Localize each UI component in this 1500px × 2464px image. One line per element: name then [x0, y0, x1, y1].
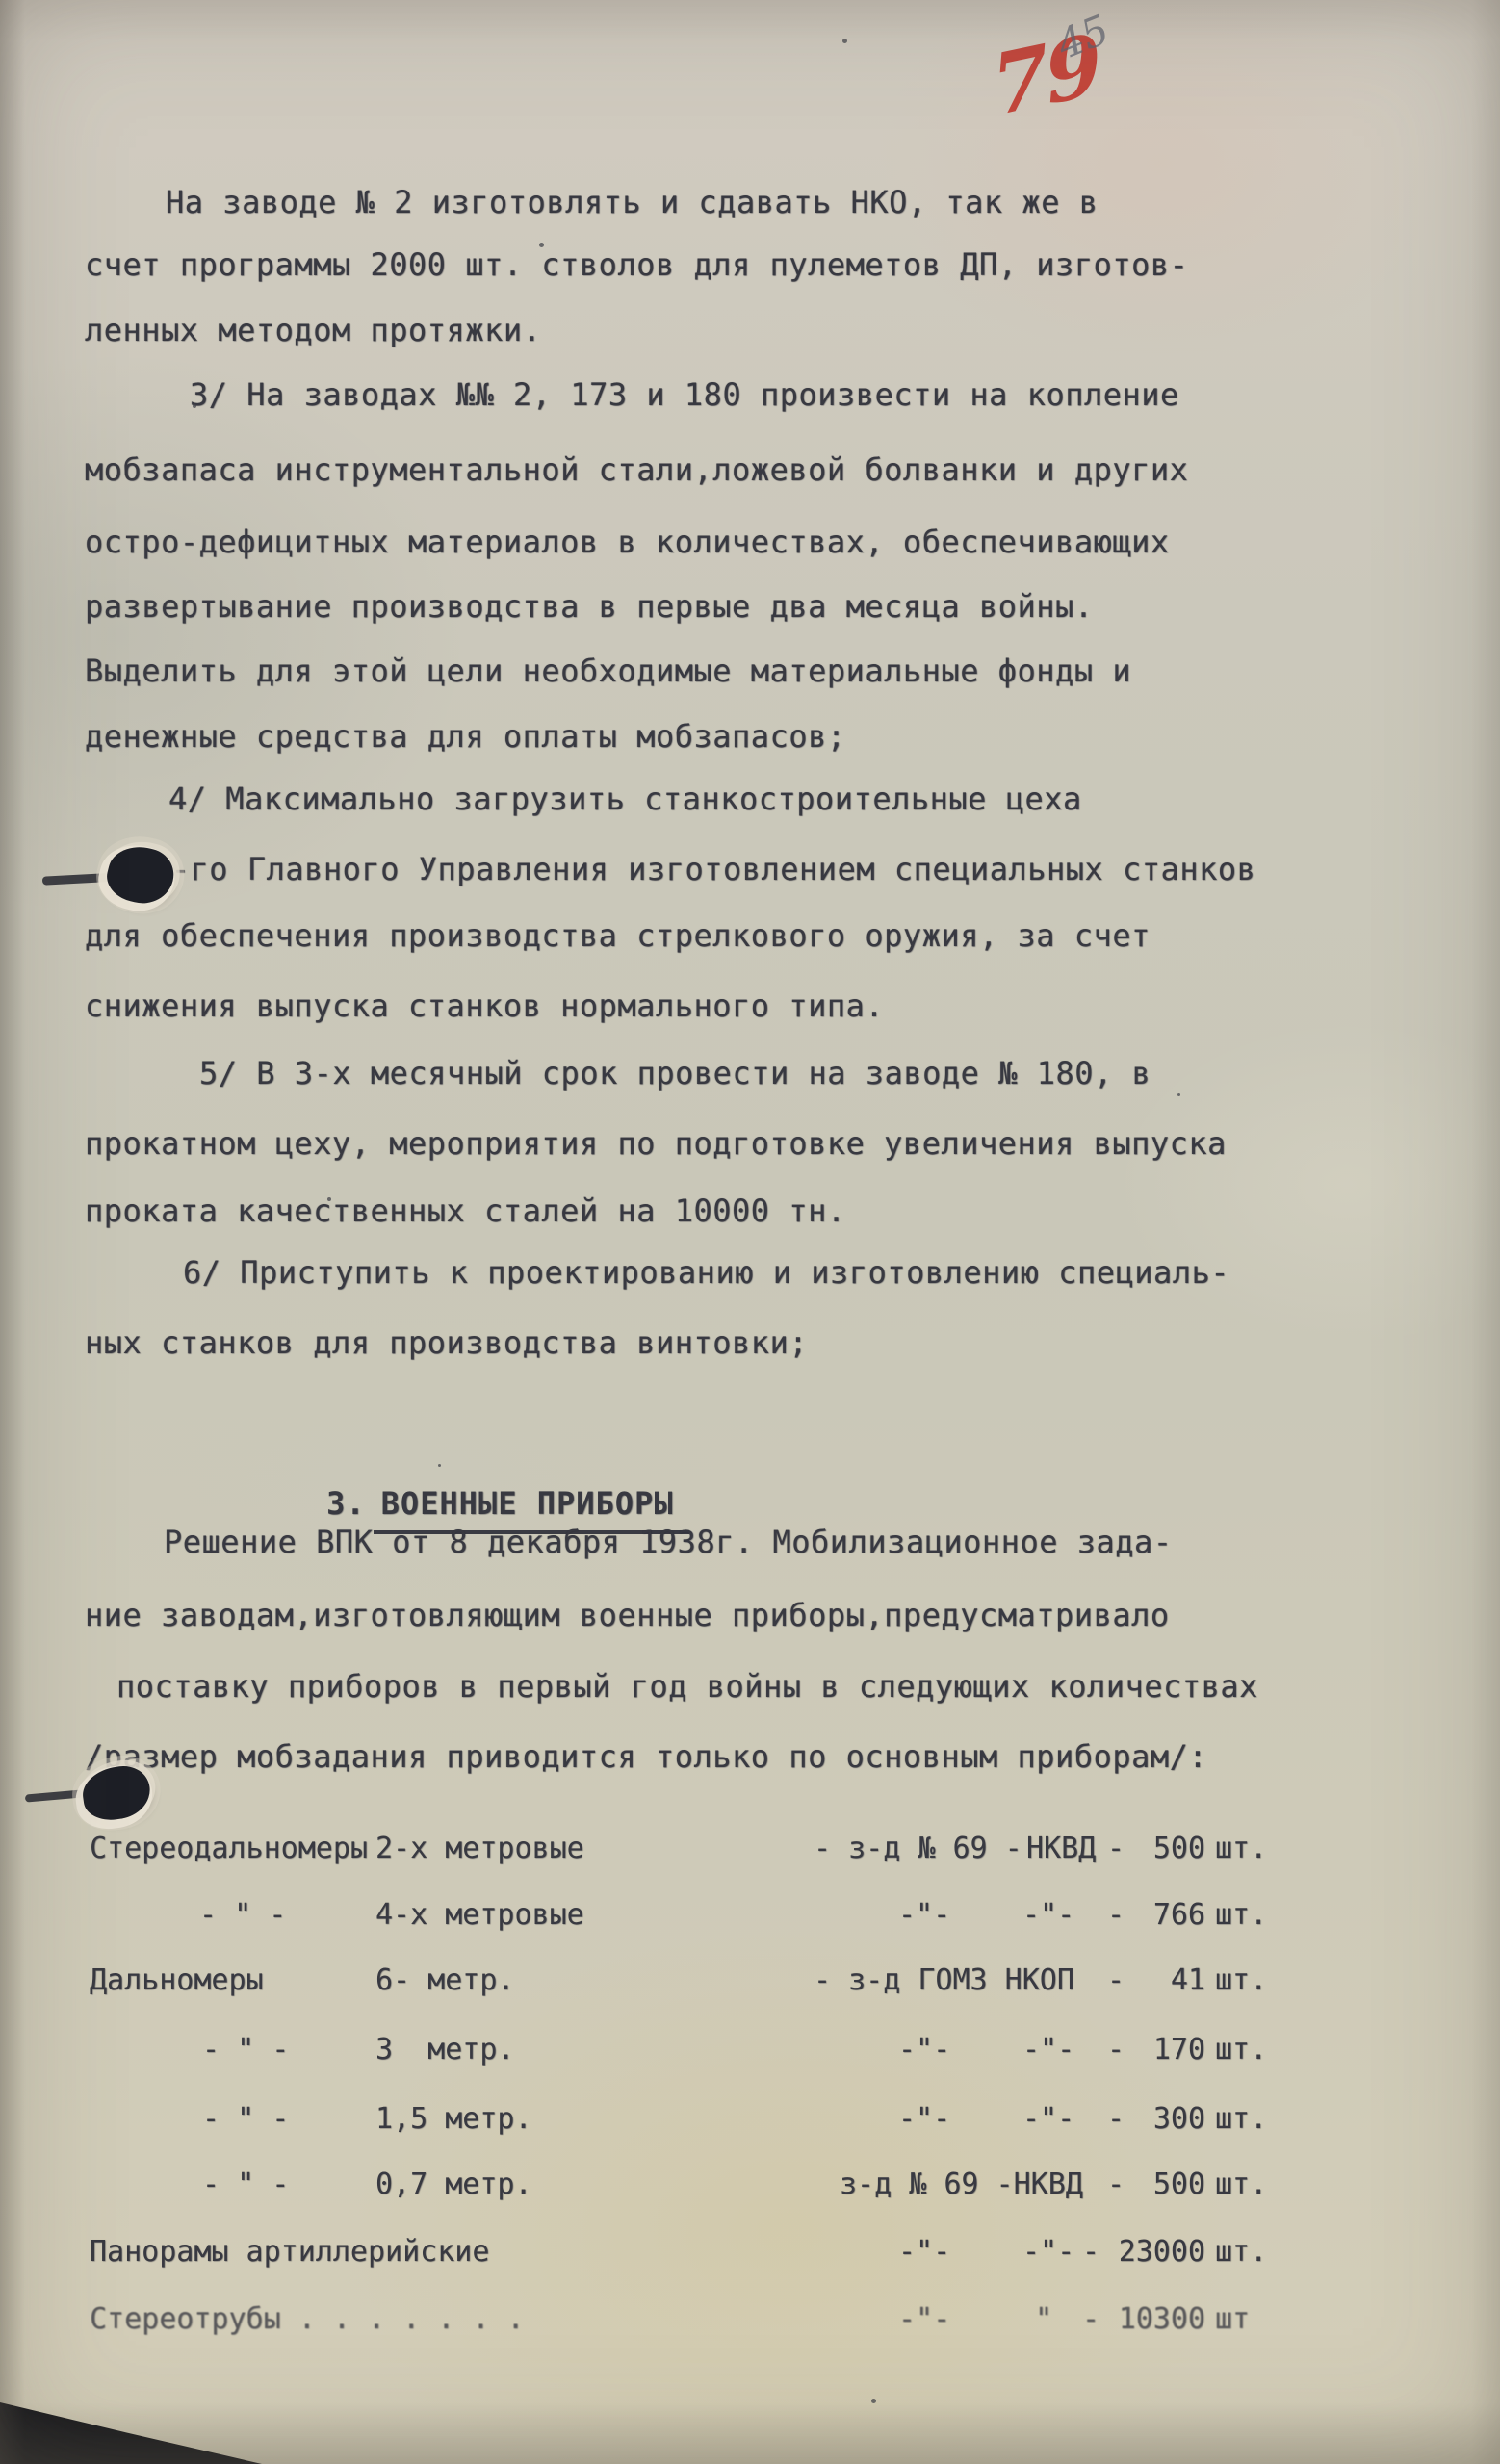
paper-speck: [438, 1464, 441, 1467]
table-cell-size: 1,5 метр.: [375, 2102, 532, 2136]
table-row: - " - 1,5 метр. -"- -"- - 300 шт.: [0, 2102, 1500, 2144]
table-cell-item: Стереодальномеры: [90, 1832, 368, 1865]
table-row: Дальномеры 6- метр. - з-д ГОМЗ НКОП - 41…: [0, 1963, 1500, 2006]
table-cell-quantity: 300: [1067, 2102, 1205, 2136]
typed-line: 5/ В 3-х месячный срок провести на завод…: [199, 1054, 1151, 1092]
typed-line: прокатном цеху, мероприятия по подготовк…: [85, 1124, 1227, 1163]
table-cell-item: Стереотрубы . . . . . . .: [90, 2302, 525, 2336]
typed-line: проката качественных сталей на 10000 тн.: [85, 1192, 846, 1230]
table-cell-item: Панорамы артиллерийские: [90, 2235, 489, 2269]
typed-line: снижения выпуска станков нормального тип…: [85, 987, 884, 1025]
typed-line: /размер мобзадания приводится только по …: [85, 1737, 1207, 1776]
table-cell-factory: -"-: [898, 2033, 950, 2066]
typed-line: 3/ На заводах №№ 2, 173 и 180 произвести…: [190, 375, 1179, 414]
typed-line: На заводе № 2 изготовлять и сдавать НКО,…: [166, 183, 1099, 221]
paper-speck: [842, 38, 847, 43]
table-cell-unit: шт.: [1215, 1963, 1267, 1997]
typed-line: ных станков для производства винтовки;: [85, 1323, 808, 1362]
table-row: - " - 0,7 метр. з-д № 69 -НКВД - 500 шт.: [0, 2168, 1500, 2210]
table-cell-factory: - з-д № 69 -: [814, 1832, 1022, 1865]
paper-speck: [539, 243, 544, 247]
table-cell-size: 0,7 метр.: [375, 2168, 532, 2201]
typed-line: остро-дефицитных материалов в количества…: [85, 523, 1170, 561]
page-corner-tear: [0, 2385, 262, 2464]
table-cell-factory: -"-: [898, 1898, 950, 1932]
typed-line: Решение ВПК от 8 декабря 1938г. Мобилиза…: [164, 1523, 1173, 1561]
typed-line: развертывание производства в первые два …: [85, 587, 1094, 626]
table-cell-item: Дальномеры: [90, 1963, 264, 1997]
paper-speck: [1177, 1093, 1180, 1096]
table-row: - " - 4-х метровые -"- -"- - 766 шт.: [0, 1898, 1500, 1940]
table-cell-quantity: 766: [1067, 1898, 1205, 1932]
table-cell-quantity: 170: [1067, 2033, 1205, 2066]
typed-line: мобзапаса инструментальной стали,ложевой…: [85, 450, 1188, 489]
table-cell-size: 4-х метровые: [375, 1898, 584, 1932]
table-cell-factory: з-д № 69 -НКВД: [840, 2168, 1083, 2201]
typed-line: денежные средства для оплаты мобзапасов;: [85, 717, 846, 756]
table-cell-factory: -"-: [898, 2302, 950, 2336]
table-cell-unit: шт.: [1215, 2235, 1267, 2269]
scanned-document-page: 79 45 На заводе № 2 изготовлять и сдават…: [0, 0, 1500, 2464]
typed-line: для обеспечения производства стрелкового…: [85, 916, 1151, 955]
table-row: Стереодальномеры 2-х метровые - з-д № 69…: [0, 1832, 1500, 1874]
typed-line: 4/ Максимально загрузить станкостроитель…: [168, 780, 1082, 818]
table-cell-item: - " -: [202, 2102, 289, 2136]
section-number: 3.: [326, 1485, 366, 1522]
typed-line: поставку приборов в первый год войны в с…: [116, 1667, 1258, 1706]
table-cell-unit: шт.: [1215, 2168, 1267, 2201]
typed-line: счет программы 2000 шт. стволов для пуле…: [85, 245, 1188, 284]
table-cell-item: - " -: [202, 2033, 289, 2066]
typed-line: ленных методом протяжки.: [85, 311, 541, 349]
typed-line: 5-го Главного Управления изготовлением с…: [152, 850, 1255, 888]
paper-speck: [871, 2399, 876, 2403]
table-row: Панорамы артиллерийские -"- -"- - 23000 …: [0, 2235, 1500, 2277]
typed-line: Выделить для этой цели необходимые матер…: [85, 652, 1131, 690]
table-cell-unit: шт: [1215, 2302, 1250, 2336]
table-cell-size: 3 метр.: [375, 2033, 515, 2066]
table-cell-quantity: 500: [1067, 2168, 1205, 2201]
typed-line: 6/ Приступить к проектированию и изготов…: [183, 1253, 1229, 1292]
table-cell-size: 2-х метровые: [375, 1832, 584, 1865]
table-cell-unit: шт.: [1215, 1898, 1267, 1932]
table-cell-item: - " -: [199, 1898, 286, 1932]
table-cell-factory: - з-д ГОМЗ НКОП: [814, 1963, 1074, 1997]
table-cell-quantity: 23000: [1067, 2235, 1205, 2269]
table-cell-factory: -"-: [898, 2235, 950, 2269]
table-cell-unit: шт.: [1215, 1832, 1267, 1865]
ink-dash-mark: [25, 1789, 83, 1802]
table-cell-unit: шт.: [1215, 2102, 1267, 2136]
table-cell-quantity: 10300: [1067, 2302, 1205, 2336]
table-cell-item: - " -: [202, 2168, 289, 2201]
table-cell-unit: шт.: [1215, 2033, 1267, 2066]
table-cell-size: 6- метр.: [375, 1963, 515, 1997]
table-cell-factory: -"-: [898, 2102, 950, 2136]
paper-speck: [327, 1197, 331, 1201]
typed-line: ние заводам,изготовляющим военные прибор…: [85, 1596, 1170, 1634]
table-row: - " - 3 метр. -"- -"- - 170 шт.: [0, 2033, 1500, 2075]
table-row: Стереотрубы . . . . . . . -"- " - 10300 …: [0, 2302, 1500, 2345]
table-cell-quantity: 500: [1067, 1832, 1205, 1865]
table-cell-quantity: 41: [1067, 1963, 1205, 1997]
paper-speck: [193, 404, 196, 408]
table-cell-org: ": [1035, 2302, 1052, 2336]
